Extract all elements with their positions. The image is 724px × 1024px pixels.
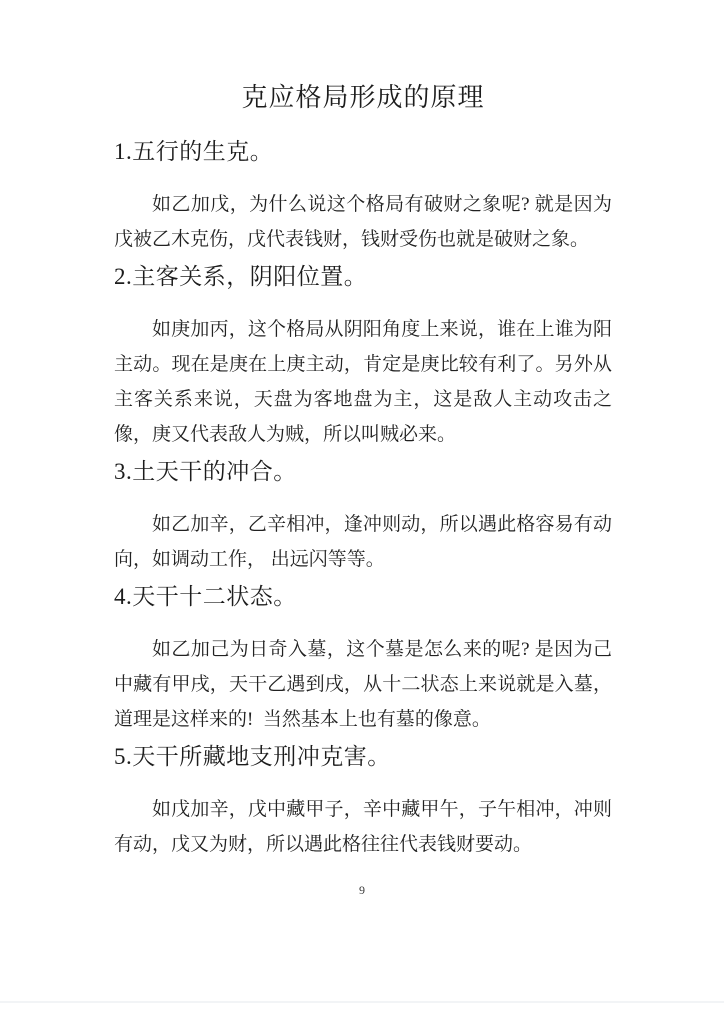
section-paragraph-5: 如戊加辛，戊中藏甲子，辛中藏甲午，子午相冲，冲则有动，戊又为财，所以遇此格往往代… xyxy=(114,792,612,862)
section-paragraph-4: 如乙加己为日奇入墓，这个墓是怎么来的呢? 是因为己中藏有甲戌，天干乙遇到戌，从十… xyxy=(114,632,612,737)
section-paragraph-2: 如庚加丙，这个格局从阴阳角度上来说，谁在上谁为阳主动。现在是庚在上庚主动，肯定是… xyxy=(114,312,612,452)
section-paragraph-3: 如乙加辛，乙辛相冲，逢冲则动，所以遇此格容易有动向，如调动工作， 出远闪等等。 xyxy=(114,507,612,577)
section-heading-2: 2.主客关系，阴阳位置。 xyxy=(114,261,612,293)
section-heading-5: 5.天干所藏地支刑冲克害。 xyxy=(114,741,612,773)
document-page: 克应格局形成的原理 1.五行的生克。 如乙加戊，为什么说这个格局有破财之象呢? … xyxy=(0,0,724,1024)
section-heading-4: 4.天干十二状态。 xyxy=(114,581,612,613)
section-paragraph-1: 如乙加戊，为什么说这个格局有破财之象呢? 就是因为戊被乙木克伤，戊代表钱财，钱财… xyxy=(114,187,612,257)
page-bottom-edge xyxy=(0,1001,724,1003)
page-content: 克应格局形成的原理 1.五行的生克。 如乙加戊，为什么说这个格局有破财之象呢? … xyxy=(0,78,724,862)
page-title: 克应格局形成的原理 xyxy=(114,78,612,118)
page-number: 9 xyxy=(0,882,724,898)
section-heading-1: 1.五行的生克。 xyxy=(114,136,612,168)
section-heading-3: 3.土天干的冲合。 xyxy=(114,456,612,488)
